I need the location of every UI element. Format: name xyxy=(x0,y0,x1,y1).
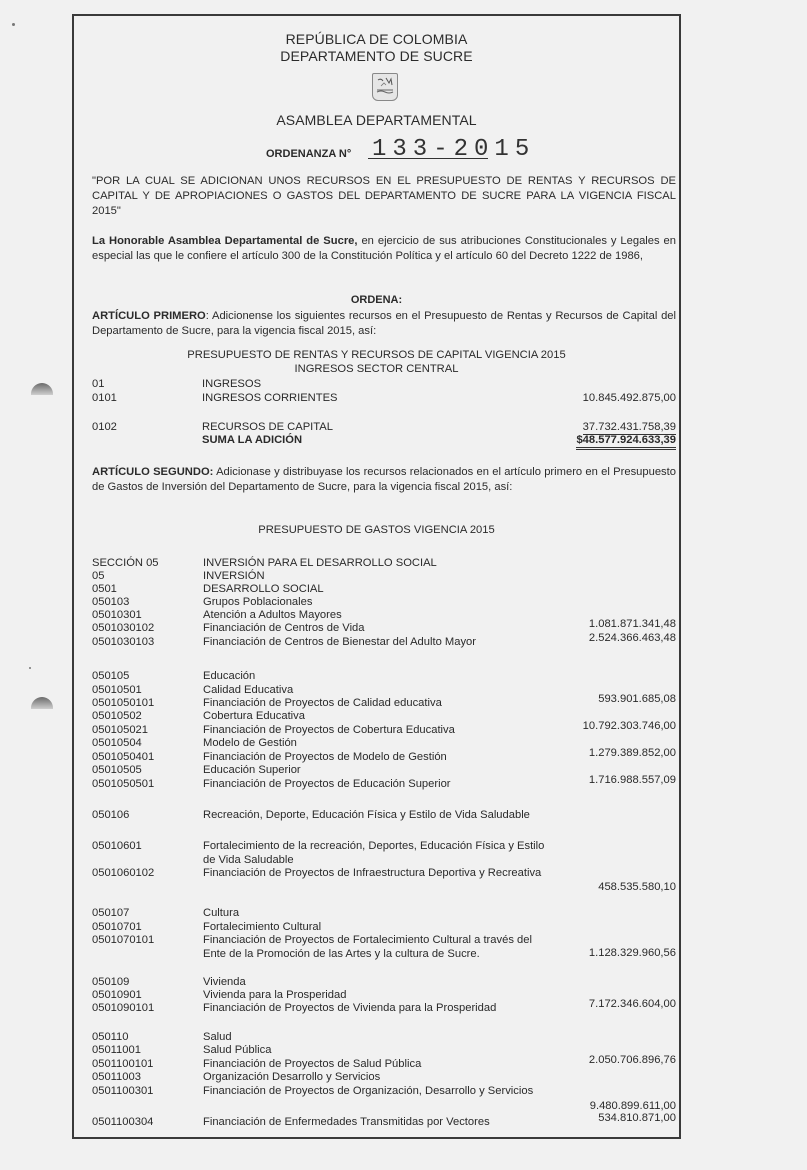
expense-row: 0501070101Financiación de Proyectos de F… xyxy=(92,933,676,947)
income-total-row: SUMA LA ADICIÓN $48.577.924.633,39 xyxy=(92,433,676,447)
expense-row: 050105021Financiación de Proyectos de Co… xyxy=(92,723,676,737)
expense-row-code: 0501070101 xyxy=(92,933,154,947)
expense-row-code: 050106 xyxy=(92,808,129,822)
article-1-label: ARTÍCULO PRIMERO xyxy=(92,310,206,322)
ordinance-label: ORDENANZA N° xyxy=(266,148,351,160)
expense-row: 0501100101Financiación de Proyectos de S… xyxy=(92,1057,676,1071)
expense-row-description: Financiación de Proyectos de Vivienda pa… xyxy=(203,1001,496,1015)
article-2-label: ARTÍCULO SEGUNDO: xyxy=(92,466,213,478)
expense-row-code: 050110 xyxy=(92,1030,129,1044)
expense-row-amount: 1.279.389.852,00 xyxy=(589,746,676,760)
expense-row: 050110Salud xyxy=(92,1030,676,1044)
expense-row-description-continued: de Vida Saludable xyxy=(203,853,294,867)
expense-row: 05010601Fortalecimiento de la recreación… xyxy=(92,839,676,853)
expense-row: 0501100301Financiación de Proyectos de O… xyxy=(92,1084,676,1098)
income-row-code: 0102 xyxy=(92,420,117,434)
expense-row-code: 0501100301 xyxy=(92,1084,153,1098)
expense-row-description: Salud xyxy=(203,1030,232,1044)
expense-row-description: Atención a Adultos Mayores xyxy=(203,608,342,622)
expense-row-description: Organización Desarrollo y Servicios xyxy=(203,1070,380,1084)
preamble: La Honorable Asamblea Departamental de S… xyxy=(92,234,676,264)
hole-punch-mark xyxy=(31,383,53,395)
ordinance-title: "POR LA CUAL SE ADICIONAN UNOS RECURSOS … xyxy=(92,174,676,219)
expense-row: SECCIÓN 05INVERSIÓN PARA EL DESARROLLO S… xyxy=(92,556,676,570)
expense-row-description: Educación xyxy=(203,669,255,683)
expense-row-description: Financiación de Enfermedades Transmitida… xyxy=(203,1115,490,1129)
header-republic: REPÚBLICA DE COLOMBIA xyxy=(72,31,681,47)
expense-row-description: Financiación de Proyectos de Fortalecimi… xyxy=(203,933,532,947)
hole-punch-mark xyxy=(31,697,53,709)
expense-row-code: 05 xyxy=(92,569,104,583)
expense-row-code: 0501100101 xyxy=(92,1057,153,1071)
expense-row: 050105Educación xyxy=(92,669,676,683)
expense-row: 05010701Fortalecimiento Cultural xyxy=(92,920,676,934)
expense-row-code: 050105021 xyxy=(92,723,148,737)
expense-row: 0501050401Financiación de Proyectos de M… xyxy=(92,750,676,764)
expense-row-code: 0501030103 xyxy=(92,635,154,649)
expense-row-amount: 2.524.366.463,48 xyxy=(589,631,676,645)
expense-row-description: Modelo de Gestión xyxy=(203,736,297,750)
preamble-bold: La Honorable Asamblea Departamental de S… xyxy=(92,235,358,247)
expense-row-code: 05010502 xyxy=(92,709,142,723)
expense-row: 050106Recreación, Deporte, Educación Fís… xyxy=(92,808,676,822)
expense-row-code: 05011003 xyxy=(92,1070,141,1084)
expense-row-description: Financiación de Centros de Bienestar del… xyxy=(203,635,476,649)
expense-row-code: 05010901 xyxy=(92,988,142,1002)
expense-row-description: INVERSIÓN PARA EL DESARROLLO SOCIAL xyxy=(203,556,437,570)
income-total-amount: $48.577.924.633,39 xyxy=(576,433,676,450)
article-1: ARTÍCULO PRIMERO: Adicionense los siguie… xyxy=(92,309,676,339)
income-row-description: RECURSOS DE CAPITAL xyxy=(202,420,333,434)
expense-row: 050103Grupos Poblacionales xyxy=(92,595,676,609)
expense-row-code: 0501050101 xyxy=(92,696,154,710)
expense-row-code: 05011001 xyxy=(92,1043,141,1057)
expense-row-description: Financiación de Proyectos de Educación S… xyxy=(203,777,451,791)
income-row-description: INGRESOS xyxy=(202,377,261,391)
expense-row-code: 05010504 xyxy=(92,736,142,750)
income-subtitle: INGRESOS SECTOR CENTRAL xyxy=(72,363,681,375)
expense-row-description: Grupos Poblacionales xyxy=(203,595,312,609)
expense-row-code: 050105 xyxy=(92,669,129,683)
expense-row-description: Cultura xyxy=(203,906,239,920)
expense-row-code: SECCIÓN 05 xyxy=(92,556,159,570)
expense-row-description: Financiación de Proyectos de Salud Públi… xyxy=(203,1057,421,1071)
header-assembly: ASAMBLEA DEPARTAMENTAL xyxy=(72,112,681,128)
expense-row-code: 0501090101 xyxy=(92,1001,154,1015)
expense-row: 0501DESARROLLO SOCIAL xyxy=(92,582,676,596)
expense-row-amount: 1.081.871.341,48 xyxy=(589,617,676,631)
expense-row: 05010501Calidad Educativa xyxy=(92,683,676,697)
expense-row-code: 05010501 xyxy=(92,683,142,697)
expense-row-code: 0501100304 xyxy=(92,1115,153,1129)
expense-row: 0501050101Financiación de Proyectos de C… xyxy=(92,696,676,710)
expense-row-amount: 593.901.685,08 xyxy=(598,692,676,706)
expense-row: 050107Cultura xyxy=(92,906,676,920)
expense-row: 0501100304Financiación de Enfermedades T… xyxy=(92,1115,676,1129)
expense-row-code: 050103 xyxy=(92,595,129,609)
expense-row-description: Financiación de Proyectos de Infraestruc… xyxy=(203,866,541,880)
expense-row-code: 05010505 xyxy=(92,763,142,777)
expense-row-amount: 534.810.871,00 xyxy=(598,1111,676,1125)
expense-row-code: 0501030102 xyxy=(92,621,154,635)
income-row-code: 0101 xyxy=(92,391,117,405)
expense-row-description: Financiación de Centros de Vida xyxy=(203,621,365,635)
income-row: 0101INGRESOS CORRIENTES10.845.492.875,00 xyxy=(92,391,676,405)
expense-row-description: Educación Superior xyxy=(203,763,301,777)
paper-speck xyxy=(12,23,15,26)
expense-row-amount: 10.792.303.746,00 xyxy=(583,719,676,733)
expense-row-description-continued: Ente de la Promoción de las Artes y la c… xyxy=(203,947,480,961)
expense-row-code: 050109 xyxy=(92,975,129,989)
expense-row-description: DESARROLLO SOCIAL xyxy=(203,582,324,596)
expense-row-description: Calidad Educativa xyxy=(203,683,293,697)
expense-row-code: 05010701 xyxy=(92,920,142,934)
income-row: 0102RECURSOS DE CAPITAL37.732.431.758,39 xyxy=(92,420,676,434)
header-department: DEPARTAMENTO DE SUCRE xyxy=(72,48,681,64)
expense-row-amount: 1.128.329.960,56 xyxy=(589,946,676,960)
expense-row-description: Financiación de Proyectos de Calidad edu… xyxy=(203,696,442,710)
paper-speck xyxy=(29,667,31,669)
expense-row: 0501030103Financiación de Centros de Bie… xyxy=(92,635,676,649)
expense-row: 05011003Organización Desarrollo y Servic… xyxy=(92,1070,676,1084)
article-2: ARTÍCULO SEGUNDO: Adicionase y distribuy… xyxy=(92,465,676,495)
expense-row-description: Vivienda para la Prosperidad xyxy=(203,988,346,1002)
expense-row-code: 05010301 xyxy=(92,608,142,622)
expense-row: 050109Vivienda xyxy=(92,975,676,989)
expense-row-description: Financiación de Proyectos de Organizació… xyxy=(203,1084,533,1098)
expense-row-code: 0501 xyxy=(92,582,117,596)
ordena-heading: ORDENA: xyxy=(72,294,681,306)
expense-row-description: Vivienda xyxy=(203,975,246,989)
expense-row-description: Fortalecimiento Cultural xyxy=(203,920,321,934)
expense-row-amount: 2.050.706.896,76 xyxy=(589,1053,676,1067)
expense-row-description: Cobertura Educativa xyxy=(203,709,305,723)
income-row-code: 01 xyxy=(92,377,104,391)
expenses-title: PRESUPUESTO DE GASTOS VIGENCIA 2015 xyxy=(72,524,681,536)
expense-row-description: INVERSIÓN xyxy=(203,569,265,583)
department-crest-icon xyxy=(372,73,398,101)
expense-row-description: Recreación, Deporte, Educación Física y … xyxy=(203,808,530,822)
expense-row-description: Salud Pública xyxy=(203,1043,271,1057)
income-row: 01INGRESOS xyxy=(92,377,676,391)
expense-row: 0501090101Financiación de Proyectos de V… xyxy=(92,1001,676,1015)
ordinance-underline xyxy=(368,158,488,159)
expense-row-description: Financiación de Proyectos de Cobertura E… xyxy=(203,723,455,737)
expense-row-code: 050107 xyxy=(92,906,129,920)
expense-row-code: 0501050501 xyxy=(92,777,154,791)
income-row-amount: 10.845.492.875,00 xyxy=(583,391,676,405)
expense-row: 05INVERSIÓN xyxy=(92,569,676,583)
expense-row-amount: 7.172.346.604,00 xyxy=(589,997,676,1011)
income-total-label: SUMA LA ADICIÓN xyxy=(202,433,302,447)
income-row-description: INGRESOS CORRIENTES xyxy=(202,391,338,405)
expense-row-description: Fortalecimiento de la recreación, Deport… xyxy=(203,839,544,853)
expense-row-code: 05010601 xyxy=(92,839,142,853)
expense-row-amount: 458.535.580,10 xyxy=(598,880,676,894)
expense-row: 0501060102Financiación de Proyectos de I… xyxy=(92,866,676,880)
expense-row-code: 0501050401 xyxy=(92,750,154,764)
expense-row: 0501050501Financiación de Proyectos de E… xyxy=(92,777,676,791)
expense-row-description: Financiación de Proyectos de Modelo de G… xyxy=(203,750,447,764)
expense-row-amount: 1.716.988.557,09 xyxy=(589,773,676,787)
income-title: PRESUPUESTO DE RENTAS Y RECURSOS DE CAPI… xyxy=(72,349,681,361)
expense-row-code: 0501060102 xyxy=(92,866,154,880)
